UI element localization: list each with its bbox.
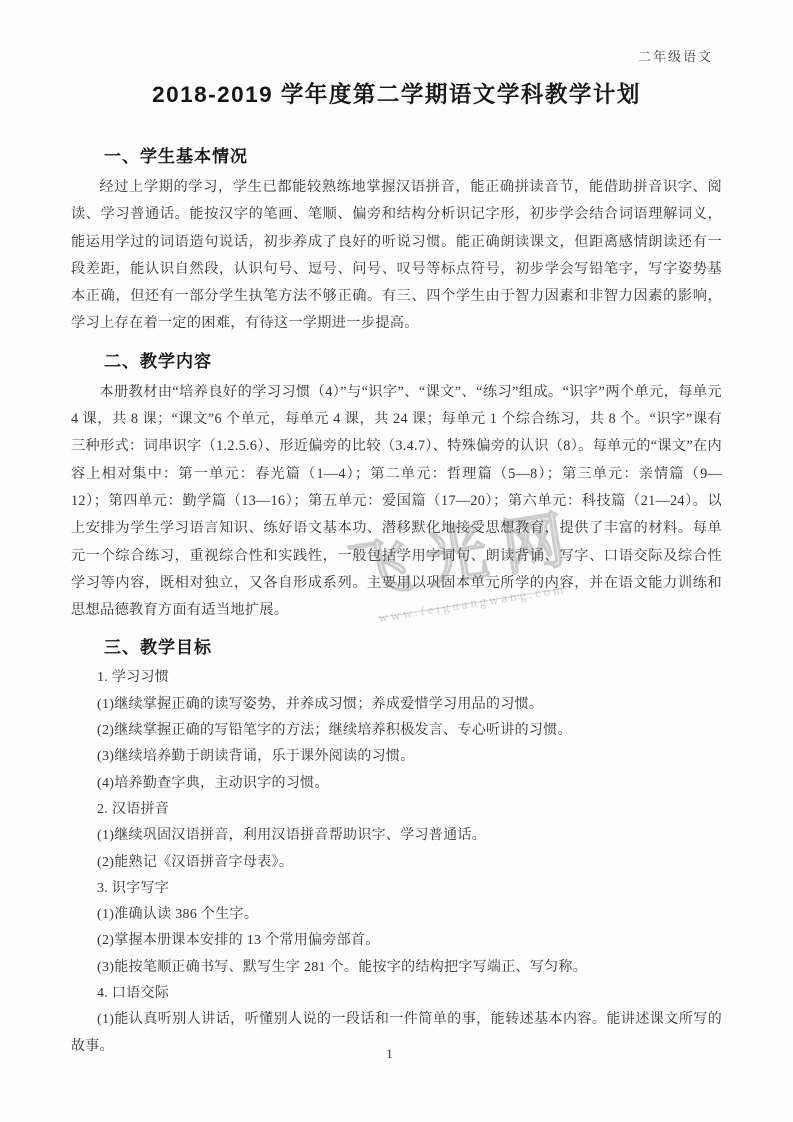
page-number: 1 [0,1046,779,1062]
list-item: (3)继续培养勤于朗读背诵，乐于课外阅读的习惯。 [71,744,722,770]
section: 一、学生基本情况经过上学期的学习，学生已都能较熟练地掌握汉语拼音，能正确拼读音节… [71,145,722,338]
list-item: (1)继续掌握正确的读写姿势，并养成习惯；养成爱惜学习用品的习惯。 [71,692,722,718]
section: 二、教学内容本册教材由“培养良好的学习习惯（4）”与“识字”、“课文”、“练习”… [71,350,722,625]
list-item: 3. 识字写字 [71,876,722,902]
section-heading: 二、教学内容 [71,350,722,374]
page-title: 2018-2019 学年度第二学期语文学科教学计划 [0,77,793,109]
list-item: (4)培养勤查字典，主动识字的习惯。 [71,771,722,797]
list-item: (2)继续掌握正确的写铅笔字的方法；继续培养积极发言、专心听讲的习惯。 [71,718,722,744]
list-item: (1)继续巩固汉语拼音，利用汉语拼音帮助识字、学习普通话。 [71,823,722,849]
list-item: (2)能熟记《汉语拼音字母表》。 [71,850,722,876]
grade-subject-label: 二年级语文 [0,0,793,65]
section-heading: 一、学生基本情况 [71,145,722,169]
body-paragraph: 经过上学期的学习，学生已都能较熟练地掌握汉语拼音，能正确拼读音节，能借助拼音识字… [71,174,722,338]
list-item: (2)掌握本册课本安排的 13 个常用偏旁部首。 [71,928,722,954]
list-item: (1)准确认读 386 个生字。 [71,902,722,928]
document-body: 一、学生基本情况经过上学期的学习，学生已都能较熟练地掌握汉语拼音，能正确拼读音节… [71,145,722,1060]
list-item: 2. 汉语拼音 [71,797,722,823]
section-heading: 三、教学目标 [71,636,722,660]
list-item: (3)能按笔顺正确书写、默写生字 281 个。能按字的结构把字写端正、写匀称。 [71,955,722,981]
list-item: 1. 学习习惯 [71,665,722,691]
section: 三、教学目标1. 学习习惯(1)继续掌握正确的读写姿势，并养成习惯；养成爱惜学习… [71,636,722,1059]
list-item: 4. 口语交际 [71,981,722,1007]
document-page: 二年级语文 2018-2019 学年度第二学期语文学科教学计划 一、学生基本情况… [0,0,793,1122]
body-paragraph: 本册教材由“培养良好的学习习惯（4）”与“识字”、“课文”、“练习”组成。“识字… [71,379,722,625]
